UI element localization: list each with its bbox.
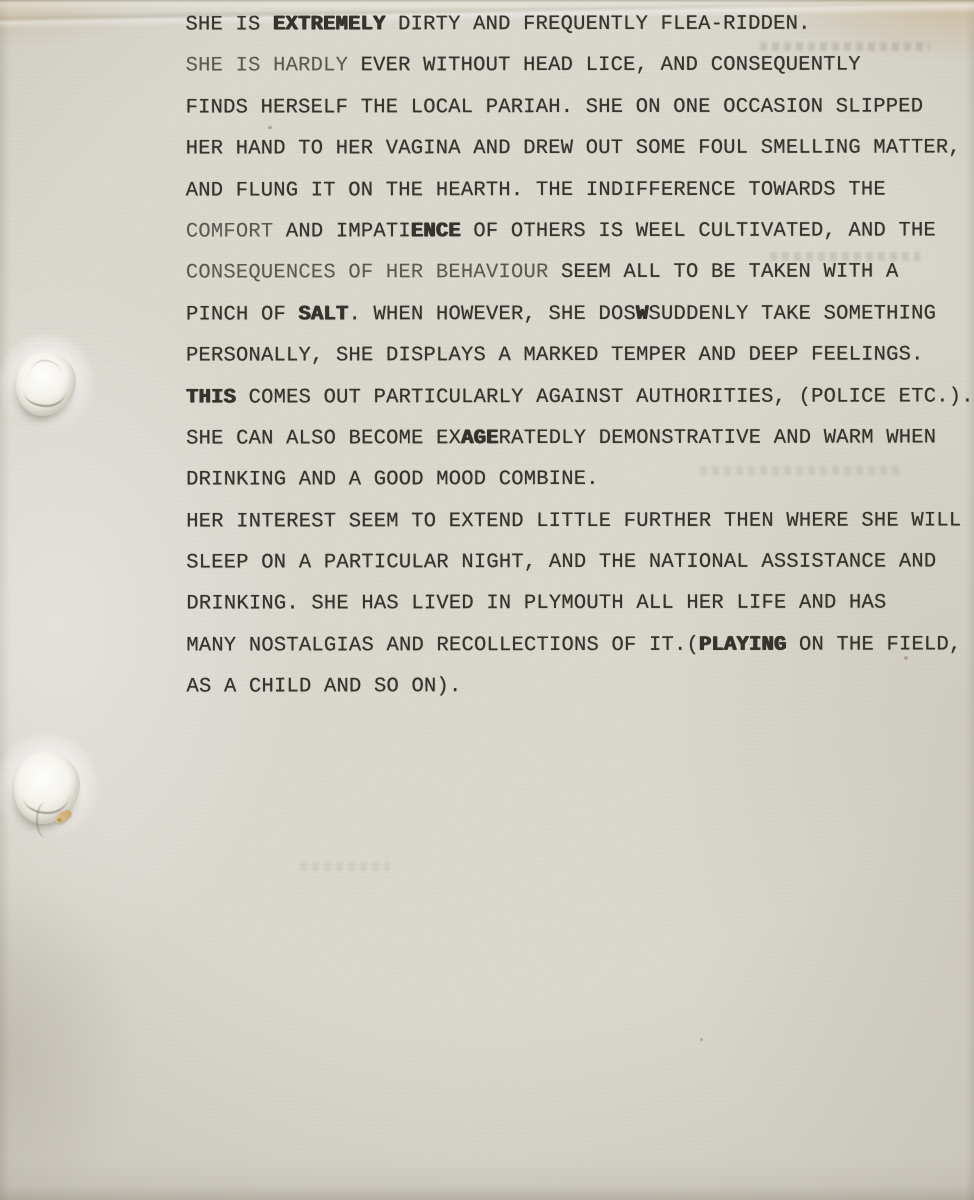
text-line: MANY NOSTALGIAS AND RECOLLECTIONS OF IT.… [186,624,974,666]
text-segment: HER INTEREST SEEM TO EXTEND LITTLE FURTH… [186,509,961,533]
text-line: SHE CAN ALSO BECOME EXAGERATEDLY DEMONST… [186,417,974,459]
text-segment: CONSEQUENCES OF HER BEHAVIOUR [186,261,549,285]
text-segment: SEEM ALL TO BE TAKEN WITH A [548,261,898,284]
dirt-speck [57,818,62,822]
text-segment: AND IMPATI [273,220,411,243]
text-line: DRINKING AND A GOOD MOOD COMBINE. [186,459,974,501]
text-segment: AS A CHILD AND SO ON). [186,675,461,698]
text-line: AND FLUNG IT ON THE HEARTH. THE INDIFFER… [186,169,974,211]
text-segment: THIS [186,386,236,409]
text-line: FINDS HERSELF THE LOCAL PARIAH. SHE ON O… [186,86,974,128]
text-line: PINCH OF SALT. WHEN HOWEVER, SHE DOSWSUD… [186,293,974,335]
text-segment: SALT [298,303,348,326]
text-line: THIS COMES OUT PARTICULARLY AGAINST AUTH… [186,376,974,418]
text-line: CONSEQUENCES OF HER BEHAVIOUR SEEM ALL T… [186,252,974,294]
torn-hole-top [16,352,76,416]
text-segment: SHE IS HARDLY [186,55,349,78]
text-line: SLEEP ON A PARTICULAR NIGHT, AND THE NAT… [186,542,974,584]
text-segment: COMES OUT PARTICULARLY AGAINST AUTHORITI… [236,385,974,409]
text-segment: RATEDLY DEMONSTRATIVE AND WARM WHEN [499,426,937,450]
text-segment: ENCE [411,220,461,243]
text-segment: DIRTY AND FREQUENTLY FLEA-RIDDEN. [386,13,811,37]
text-segment: AND FLUNG IT ON THE HEARTH. THE INDIFFER… [186,178,886,202]
text-segment: MANY NOSTALGIAS AND RECOLLECTIONS OF IT.… [186,634,699,658]
text-segment: PINCH OF [186,303,299,326]
text-segment: HER HAND TO HER VAGINA AND DREW OUT SOME… [186,137,961,161]
dirt-speck [700,1038,703,1041]
text-line: HER HAND TO HER VAGINA AND DREW OUT SOME… [186,128,974,170]
text-line: SHE IS EXTREMELY DIRTY AND FREQUENTLY FL… [186,3,974,45]
text-line: HER INTEREST SEEM TO EXTEND LITTLE FURTH… [186,500,974,542]
text-segment: FINDS HERSELF THE LOCAL PARIAH. SHE ON O… [186,95,924,119]
text-segment: OF OTHERS IS WEEL CULTIVATED, AND THE [461,219,936,243]
text-segment: COMFORT [186,220,274,243]
text-segment: W [636,303,649,326]
document-page: SHE IS EXTREMELY DIRTY AND FREQUENTLY FL… [0,0,974,1200]
text-line: AS A CHILD AND SO ON). [186,666,974,708]
text-segment: SLEEP ON A PARTICULAR NIGHT, AND THE NAT… [186,551,936,575]
text-segment: SHE CAN ALSO BECOME EX [186,427,461,450]
text-segment: SHE IS [186,13,274,36]
text-line: DRINKING. SHE HAS LIVED IN PLYMOUTH ALL … [186,583,974,625]
text-line: PERSONALLY, SHE DISPLAYS A MARKED TEMPER… [186,335,974,377]
text-segment: DRINKING AND A GOOD MOOD COMBINE. [186,468,599,492]
text-segment: . WHEN HOWEVER, SHE DOS [348,303,636,326]
text-line: SHE IS HARDLY EVER WITHOUT HEAD LICE, AN… [186,45,974,87]
ghost-impression [300,862,390,871]
fold-shadow [0,830,220,1200]
text-segment: EXTREMELY [273,13,386,36]
text-segment: DRINKING. SHE HAS LIVED IN PLYMOUTH ALL … [186,592,886,616]
text-segment: ON THE FIELD, [786,633,961,656]
text-segment: SUDDENLY TAKE SOMETHING [649,302,937,325]
text-line: COMFORT AND IMPATIENCE OF OTHERS IS WEEL… [186,210,974,252]
document-text: SHE IS EXTREMELY DIRTY AND FREQUENTLY FL… [186,3,974,708]
text-segment: PERSONALLY, SHE DISPLAYS A MARKED TEMPER… [186,344,924,368]
text-segment: AGE [461,427,499,450]
text-segment: EVER WITHOUT HEAD LICE, AND CONSEQUENTLY [348,54,861,78]
torn-hole-bottom [14,752,80,824]
text-segment: PLAYING [699,634,787,657]
